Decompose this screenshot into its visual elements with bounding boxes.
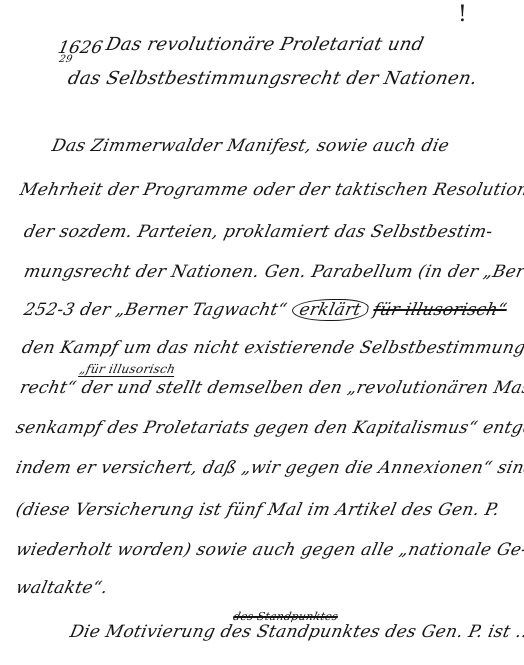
paragraph1-line-10: (diese Versicherung ist fünf Mal im Arti…	[14, 500, 501, 520]
circled-word: erklärt	[290, 299, 370, 321]
manuscript-page: ! 29 1626 Das revolutionäre Proletariat …	[0, 0, 524, 665]
paragraph1-line-2: Mehrheit der Programme oder der taktisch…	[18, 180, 524, 200]
paragraph1-line-7: recht“ der und stellt demselben den „rev…	[18, 378, 524, 398]
paragraph1-line-6: den Kampf um das nicht existierende Selb…	[20, 338, 524, 358]
heading-line-1: Das revolutionäre Proletariat und	[104, 34, 426, 55]
heading-number: 1626	[56, 38, 105, 58]
struck-text: für illusorisch“	[371, 300, 509, 320]
paragraph1-line-9: indem er versichert, daß „wir gegen die …	[14, 458, 524, 478]
paragraph1-line-11: wiederholt worden) sowie auch gegen alle…	[14, 540, 524, 560]
line5-before: 252-3 der „Berner Tagwacht“	[22, 300, 289, 320]
paragraph1-line-4: mungsrecht der Nationen. Gen. Parabellum…	[22, 262, 524, 282]
paragraph1-line-12: waltakte“.	[14, 578, 110, 598]
paragraph1-line-8: senkampf des Proletariats gegen den Kapi…	[14, 418, 524, 438]
insertion-text: „für illusorisch	[78, 362, 177, 377]
heading-line-2: das Selbstbestimmungsrecht der Nationen.	[66, 68, 479, 89]
paragraph1-line-1: Das Zimmerwalder Manifest, sowie auch di…	[50, 136, 451, 156]
paragraph1-line-5: 252-3 der „Berner Tagwacht“ erklärt für …	[22, 300, 509, 320]
paragraph1-line-3: der sozdem. Parteien, proklamiert das Se…	[22, 222, 495, 242]
corner-exclamation-mark: !	[458, 2, 467, 27]
paragraph2-line-1: Die Motivierung des Standpunktes des Gen…	[68, 622, 524, 642]
